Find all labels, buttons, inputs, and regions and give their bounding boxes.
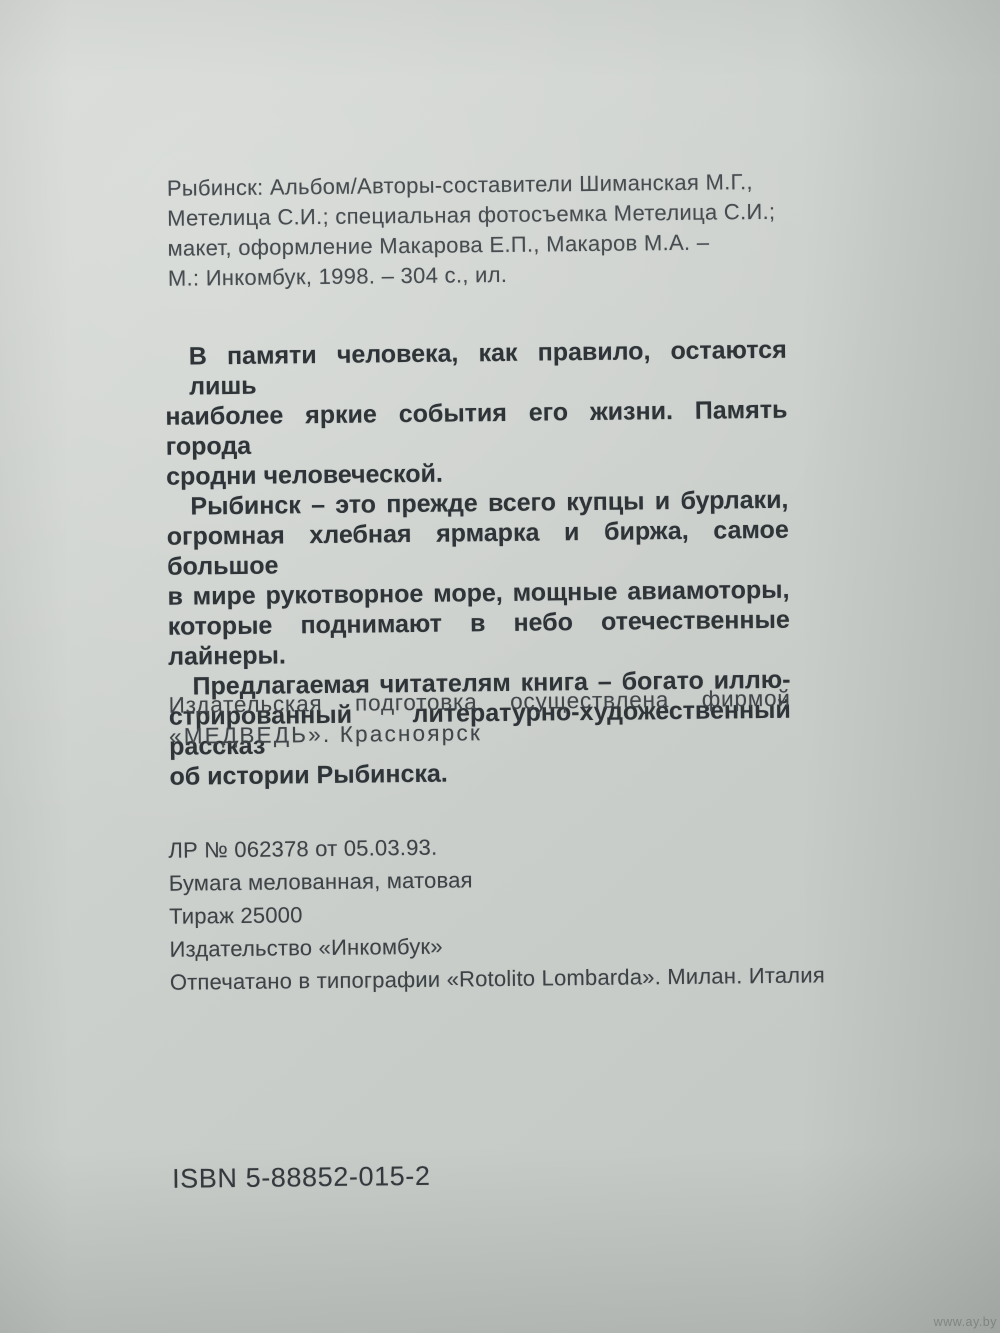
bibliographic-record: Рыбинск: Альбом/Авторы-составители Шиман… [167,167,777,294]
imprint: ЛР № 062378 от 05.03.93. Бумага мелованн… [168,826,825,998]
annotation-line: которые поднимают в небо отечественные л… [168,605,791,672]
watermark: www.ay.by [934,1315,997,1329]
record-line: М.: Инкомбук, 1998. – 304 с., ил. [168,257,777,294]
page-content: Рыбинск: Альбом/Авторы-составители Шиман… [0,0,1000,1333]
publisher-note: Издательская подготовка осуществлена фир… [169,683,792,752]
book-page: Рыбинск: Альбом/Авторы-составители Шиман… [0,0,1000,1333]
isbn: ISBN 5-88852-015-2 [172,1161,431,1195]
annotation-line: об истории Рыбинска. [169,755,791,792]
imprint-line: Отпечатано в типографии «Rotolito Lombar… [170,958,825,998]
annotation-line: В памяти человека, как правило, остаются… [165,335,788,402]
annotation-line: наиболее яркие события его жизни. Память… [165,395,788,462]
annotation-line: огромная хлебная ярмарка и биржа, самое … [167,515,790,582]
